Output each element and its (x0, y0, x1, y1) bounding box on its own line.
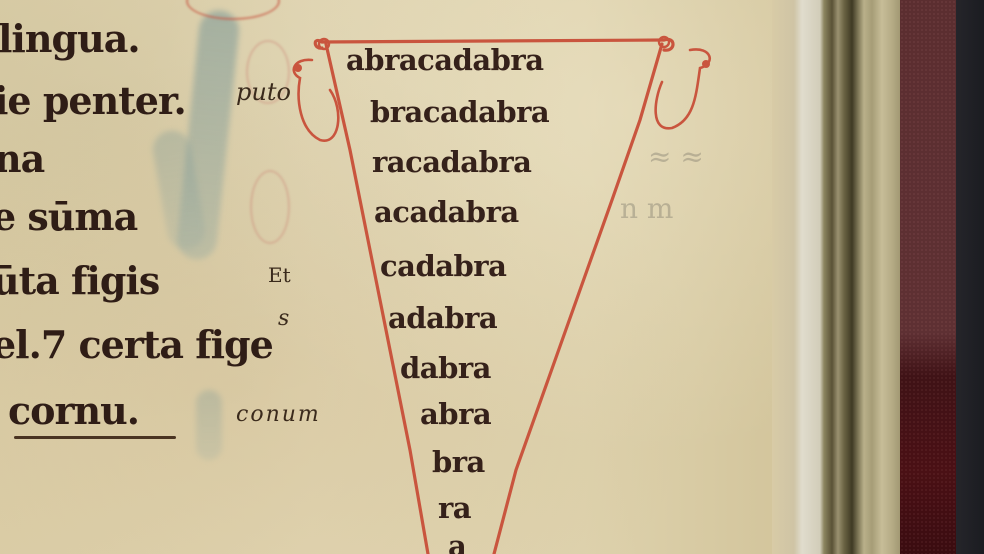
charm-line: RACADABRA (372, 148, 531, 177)
manuscript-photo: lingua. ie penter. na e sūma ūta figis e… (0, 0, 984, 554)
charm-line: A (448, 532, 466, 554)
page-edges (772, 0, 902, 554)
charm-line: DABRA (400, 354, 491, 383)
charm-line: ADABRA (388, 304, 497, 333)
charm-line: BRA (432, 448, 485, 477)
leather-binding (900, 0, 956, 554)
charm-line: ABRA (420, 400, 491, 429)
dark-background (956, 0, 984, 554)
charm-line: BRACADABRA (370, 98, 549, 127)
charm-line: ACADABRA (374, 198, 519, 227)
binding-texture (900, 0, 956, 554)
parchment-page: lingua. ie penter. na e sūma ūta figis e… (0, 0, 780, 554)
charm-line: RA (438, 494, 471, 523)
charm-line: ABRACADABRA (346, 46, 544, 75)
charm-line: CADABRA (380, 252, 506, 281)
